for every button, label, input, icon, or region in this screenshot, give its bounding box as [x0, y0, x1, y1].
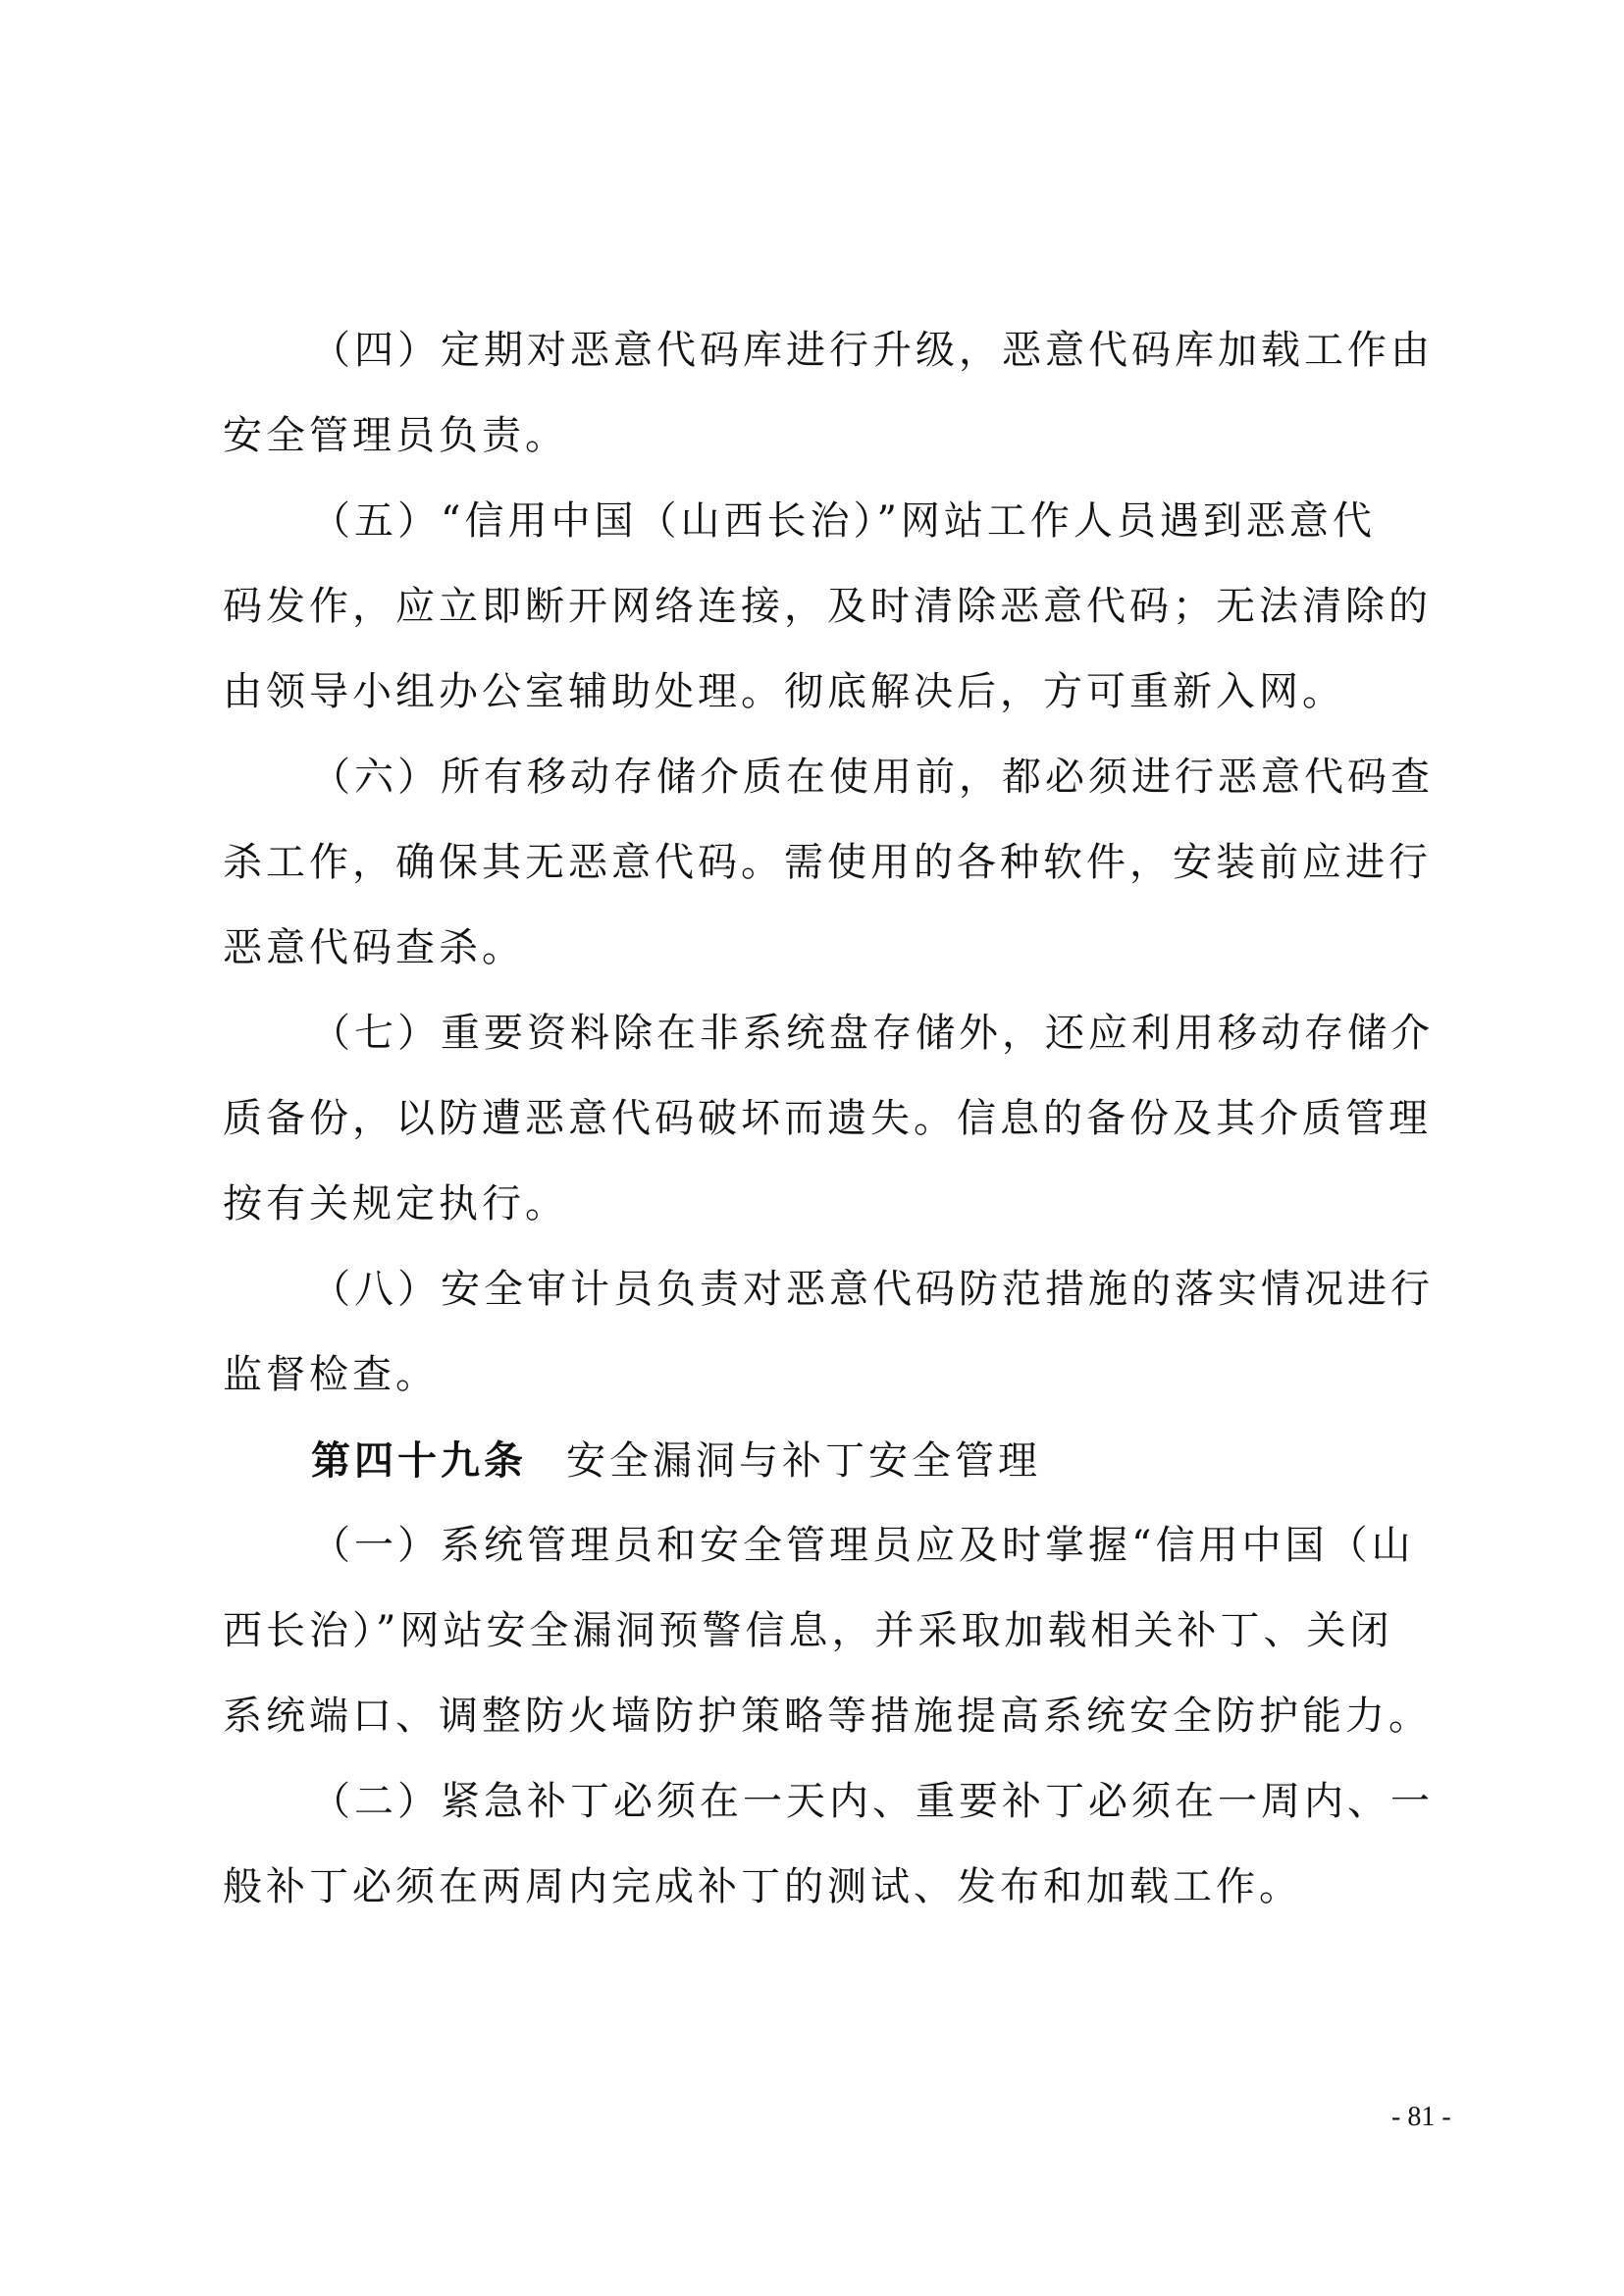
text-line: 监督检查。: [223, 1332, 1436, 1418]
text-line: 系统端口、调整防火墙防护策略等措施提高系统安全防护能力。: [223, 1674, 1436, 1759]
text-line: （五）“信用中国（山西长治）”网站工作人员遇到恶意代: [223, 479, 1436, 564]
paragraph-item-6: （六）所有移动存储介质在使用前，都必须进行恶意代码查 杀工作，确保其无恶意代码。…: [223, 735, 1436, 991]
text-line: （二）紧急补丁必须在一天内、重要补丁必须在一周内、一: [223, 1759, 1436, 1845]
text-line: （七）重要资料除在非系统盘存储外，还应利用移动存储介: [223, 991, 1436, 1076]
text-line: 西长治）”网站安全漏洞预警信息，并采取加载相关补丁、关闭: [223, 1589, 1436, 1674]
text-line: 码发作，应立即断开网络连接，及时清除恶意代码；无法清除的: [223, 564, 1436, 650]
paragraph-item-7: （七）重要资料除在非系统盘存储外，还应利用移动存储介 质备份，以防遭恶意代码破坏…: [223, 991, 1436, 1247]
paragraph-item-8: （八）安全审计员负责对恶意代码防范措施的落实情况进行 监督检查。: [223, 1247, 1436, 1418]
paragraph-item-4: （四）定期对恶意代码库进行升级，恶意代码库加载工作由 安全管理员负责。: [223, 308, 1436, 479]
document-body: （四）定期对恶意代码库进行升级，恶意代码库加载工作由 安全管理员负责。 （五）“…: [223, 308, 1436, 1930]
article-number: 第四十九条: [311, 1437, 527, 1484]
text-line: 般补丁必须在两周内完成补丁的测试、发布和加载工作。: [223, 1845, 1436, 1930]
text-line: （六）所有移动存储介质在使用前，都必须进行恶意代码查: [223, 735, 1436, 820]
text-line: 由领导小组办公室辅助处理。彻底解决后，方可重新入网。: [223, 650, 1436, 735]
text-line: （一）系统管理员和安全管理员应及时掌握“信用中国（山: [223, 1503, 1436, 1589]
page-number: - 81 -: [1391, 2102, 1451, 2133]
text-line: 按有关规定执行。: [223, 1162, 1436, 1247]
text-line: 杀工作，确保其无恶意代码。需使用的各种软件，安装前应进行: [223, 820, 1436, 906]
document-page: （四）定期对恶意代码库进行升级，恶意代码库加载工作由 安全管理员负责。 （五）“…: [0, 0, 1624, 2296]
paragraph-art49-item-2: （二）紧急补丁必须在一天内、重要补丁必须在一周内、一 般补丁必须在两周内完成补丁…: [223, 1759, 1436, 1930]
text-line: （八）安全审计员负责对恶意代码防范措施的落实情况进行: [223, 1247, 1436, 1332]
text-line: 恶意代码查杀。: [223, 906, 1436, 991]
text-line: 质备份，以防遭恶意代码破坏而遗失。信息的备份及其介质管理: [223, 1076, 1436, 1162]
article-heading: 第四十九条安全漏洞与补丁安全管理: [223, 1418, 1436, 1503]
text-line: （四）定期对恶意代码库进行升级，恶意代码库加载工作由: [223, 308, 1436, 393]
article-title: 安全漏洞与补丁安全管理: [566, 1438, 1041, 1484]
text-line: 安全管理员负责。: [223, 393, 1436, 479]
paragraph-art49-item-1: （一）系统管理员和安全管理员应及时掌握“信用中国（山 西长治）”网站安全漏洞预警…: [223, 1503, 1436, 1759]
paragraph-item-5: （五）“信用中国（山西长治）”网站工作人员遇到恶意代 码发作，应立即断开网络连接…: [223, 479, 1436, 735]
